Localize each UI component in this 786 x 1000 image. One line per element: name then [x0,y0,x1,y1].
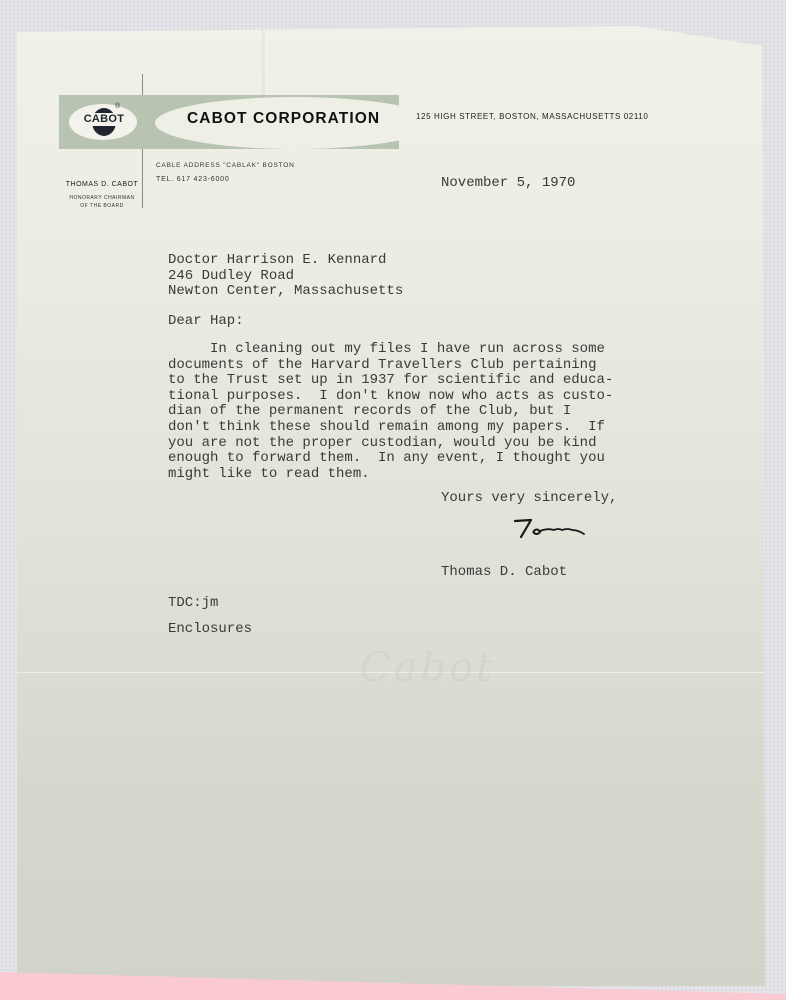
recipient-address: Doctor Harrison E. Kennard 246 Dudley Ro… [168,253,403,300]
letter-date: November 5, 1970 [441,176,575,192]
executive-title: HONORARY CHAIRMAN OF THE BOARD [64,194,140,210]
letter-body: In cleaning out my files I have run acro… [168,342,613,482]
executive-name: THOMAS D. CABOT [64,181,140,188]
reference-initials: TDC:jm [168,596,218,612]
letter-sheet [17,26,765,986]
cabot-logo-text: CABOT [76,113,132,126]
cable-address: CABLE ADDRESS "CABLAK" BOSTON [156,162,295,169]
registered-mark: ® [115,103,120,110]
paper-fold [262,26,268,101]
signer-name: Thomas D. Cabot [441,565,567,581]
executive-title-line2: OF THE BOARD [64,202,140,210]
paper-watermark: Cabot [360,645,680,700]
company-address: 125 HIGH STREET, BOSTON, MASSACHUSETTS 0… [416,112,648,121]
executive-title-line1: HONORARY CHAIRMAN [64,194,140,202]
enclosures-note: Enclosures [168,622,252,638]
handwritten-signature: Tom [511,515,591,543]
company-name: CABOT CORPORATION [187,110,380,128]
telephone: TEL. 617 423-6000 [156,176,230,183]
salutation: Dear Hap: [168,314,244,330]
closing: Yours very sincerely, [441,491,617,507]
